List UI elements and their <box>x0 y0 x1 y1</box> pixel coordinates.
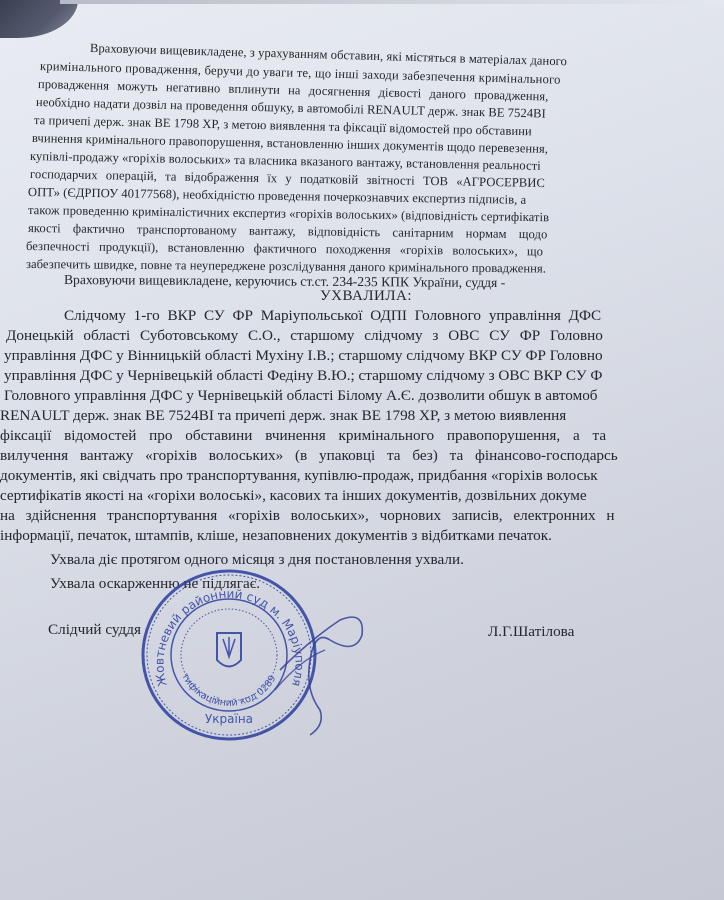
text-line: управління ДФС у Вінницькій області Мухі… <box>4 348 603 364</box>
text-line: управління ДФС у Чернівецькій області Фе… <box>4 368 602 384</box>
text-line: на здійснення транспортування «горіхів в… <box>0 508 615 524</box>
signature-label: Слідчий суддя <box>48 622 141 638</box>
signature-scribble-icon <box>270 600 390 740</box>
text-line: Головного управління ДФС у Чернівецькій … <box>4 388 598 404</box>
text-line: Донецькій області Суботовському С.О., ст… <box>6 328 603 344</box>
text-line: документів, які свідчать про транспортув… <box>0 468 598 484</box>
text-line: вилучення вантажу «горіхів волоських» (в… <box>0 448 618 464</box>
decision-title: УХВАЛИЛА: <box>320 288 412 304</box>
paragraph-grounds: Враховуючи вищевикладене, керуючись ст.с… <box>64 272 505 291</box>
court-ruling-page: Враховуючи вищевикладене, з урахуванням … <box>0 0 724 900</box>
judge-name: Л.Г.Шатілова <box>488 624 574 640</box>
text-line: фіксації відомостей про обставини вчинен… <box>0 428 606 444</box>
text-line: інформації, печаток, штампів, кліше, нез… <box>0 528 552 544</box>
text-line: сертифікатів якості на «горіхи волоські»… <box>0 488 587 504</box>
svg-text:Україна: Україна <box>205 712 253 726</box>
text-line: RENAULT держ. знак ВЕ 7524ВІ та причепі … <box>0 408 566 424</box>
text-line: Слідчому 1-го ВКР СУ ФР Маріупольської О… <box>64 308 601 324</box>
